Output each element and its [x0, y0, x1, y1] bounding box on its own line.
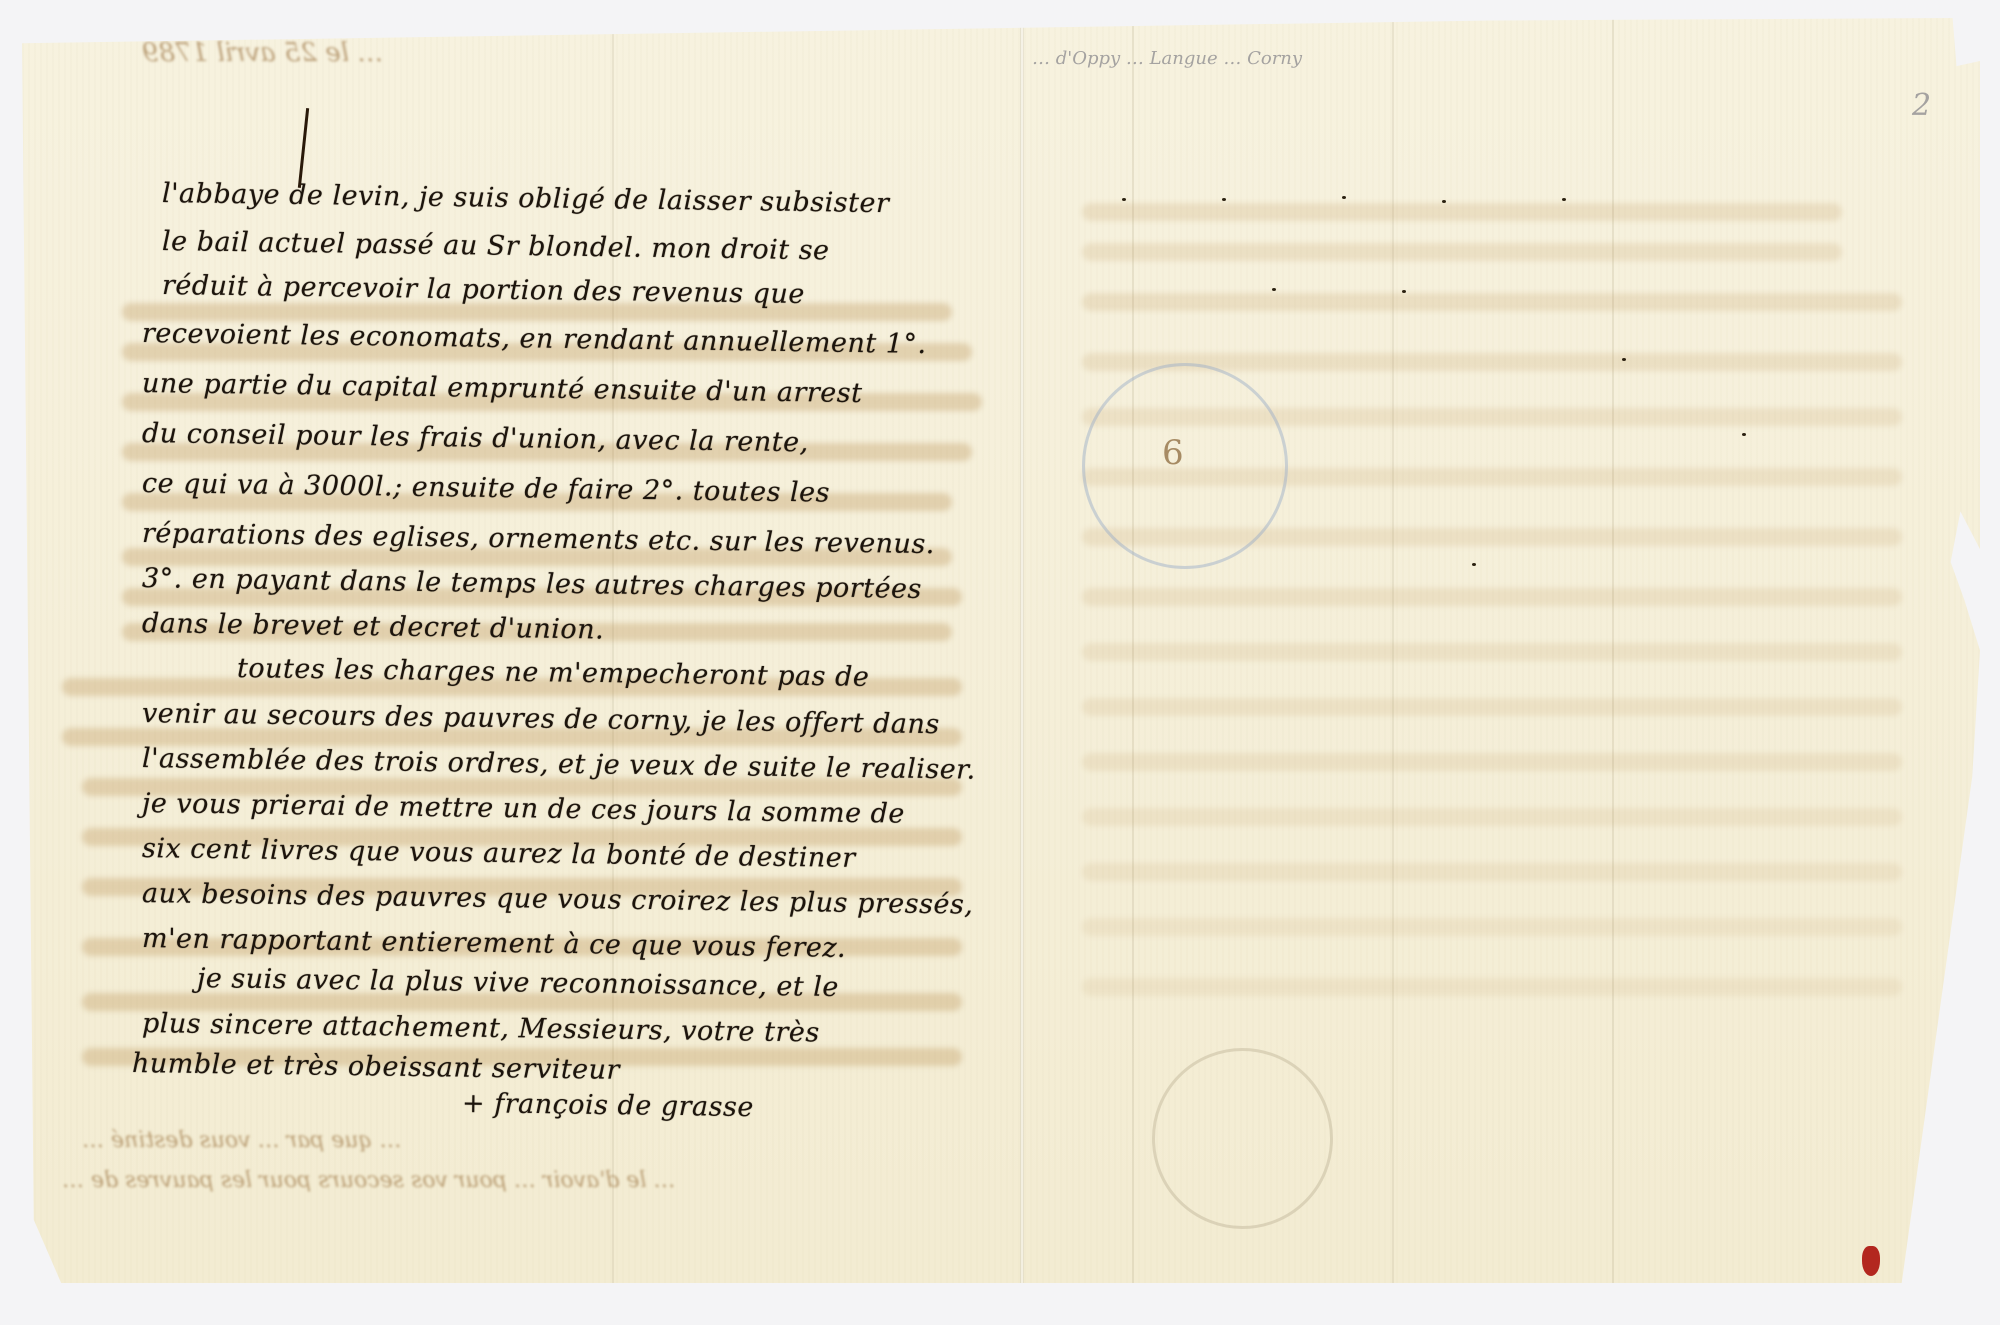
bleed-line — [1082, 918, 1902, 936]
ink-stroke — [298, 108, 309, 188]
archival-stamp-upper — [1082, 363, 1288, 569]
letter-line-10: dans le brevet et decret d'union. — [142, 608, 605, 645]
ink-speck — [1742, 433, 1746, 436]
pencil-mark: 2 — [1912, 88, 1931, 123]
ink-speck — [1562, 198, 1566, 201]
bleed-line — [1082, 203, 1842, 221]
bleed-line — [1082, 698, 1902, 716]
bleed-line — [1082, 753, 1902, 771]
ink-speck — [1622, 358, 1626, 361]
left-page: … le 25 avril 1789 l'abbaye de levin, je… — [22, 18, 1022, 1283]
bottom-bleedthrough-1: … que par … vous destiné … — [82, 1128, 402, 1153]
manuscript-sheet: … le 25 avril 1789 l'abbaye de levin, je… — [22, 18, 1980, 1283]
bottom-bleedthrough-2: … le d'avoir … pour vos secours pour les… — [62, 1168, 675, 1193]
letter-line-19: plus sincere attachement, Messieurs, vot… — [142, 1008, 820, 1048]
header-bleedthrough: … le 25 avril 1789 — [142, 38, 383, 68]
ink-speck — [1222, 198, 1226, 201]
ink-speck — [1472, 563, 1476, 566]
bleed-line — [1082, 293, 1902, 311]
letter-line-20: humble et très obeissant serviteur — [132, 1048, 620, 1086]
bleed-line — [1082, 643, 1902, 661]
bleed-line — [1082, 588, 1902, 606]
right-page: … d'Oppy … Langue … Corny 2 6 — [1022, 18, 1980, 1283]
letter-line-2: le bail actuel passé au Sr blondel. mon … — [162, 226, 830, 266]
ink-speck — [1402, 290, 1406, 293]
bleed-line — [1082, 808, 1902, 826]
letter-line-1: l'abbaye de levin, je suis obligé de lai… — [162, 178, 890, 219]
ink-speck — [1342, 196, 1346, 199]
bleed-line — [1082, 863, 1902, 881]
folio-number: 6 — [1162, 433, 1184, 473]
ink-speck — [1442, 200, 1446, 203]
archival-stamp-lower — [1152, 1048, 1333, 1229]
ink-speck — [1272, 288, 1276, 291]
bleed-line — [1082, 243, 1842, 261]
wax-seal-remnant — [1862, 1246, 1880, 1276]
letter-line-17: m'en rapportant entierement à ce que vou… — [142, 923, 847, 964]
ink-speck — [1122, 198, 1126, 201]
address-bleedthrough: … d'Oppy … Langue … Corny — [1032, 48, 1302, 69]
signature: + françois de grasse — [462, 1088, 754, 1123]
bleed-line — [1082, 978, 1902, 996]
